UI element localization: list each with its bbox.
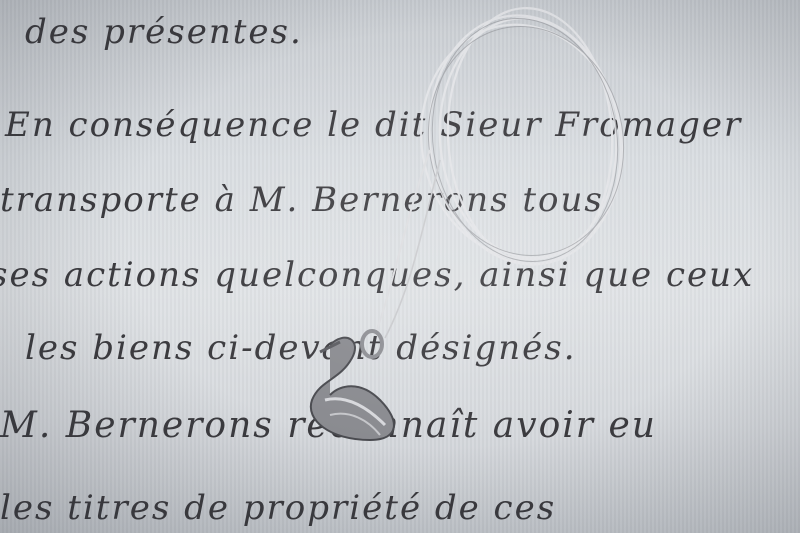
vignette [0,0,800,533]
photo: des présentes. En conséquence le dit Sie… [0,0,800,533]
